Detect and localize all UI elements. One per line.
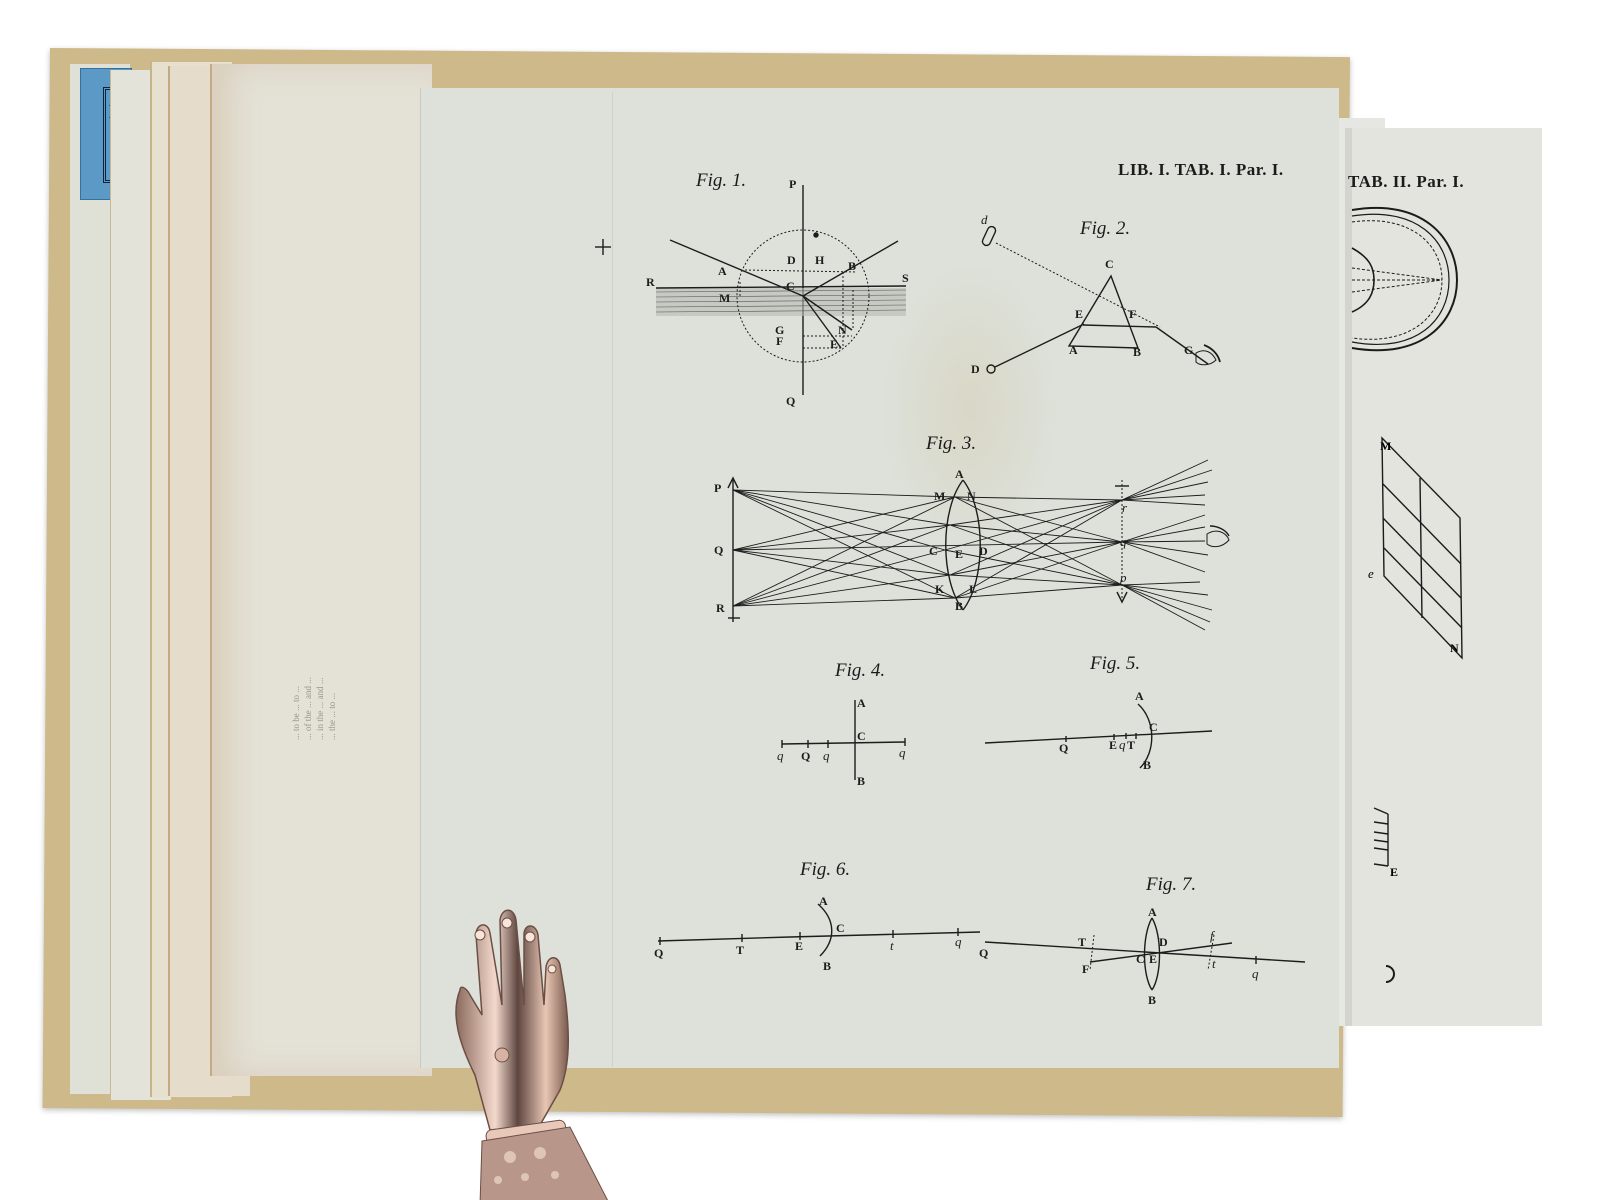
svg-text:N: N — [838, 323, 847, 337]
svg-text:C: C — [1136, 952, 1145, 966]
svg-text:T: T — [1078, 935, 1086, 949]
svg-text:r: r — [1122, 500, 1128, 515]
svg-text:Q: Q — [654, 946, 663, 960]
svg-text:A: A — [1069, 343, 1078, 357]
svg-text:C: C — [1149, 720, 1158, 734]
svg-text:q: q — [777, 748, 784, 763]
svg-text:M: M — [719, 291, 730, 305]
svg-text:q: q — [823, 748, 830, 763]
svg-text:R: R — [716, 601, 725, 615]
svg-text:B: B — [848, 259, 856, 273]
svg-text:q: q — [1119, 737, 1126, 752]
svg-text:S: S — [902, 271, 909, 285]
svg-text:M: M — [934, 489, 945, 503]
svg-text:q: q — [955, 934, 962, 949]
svg-text:E: E — [830, 337, 838, 351]
svg-text:Q: Q — [1059, 741, 1068, 755]
svg-text:C: C — [786, 279, 795, 293]
svg-text:E: E — [1075, 307, 1083, 321]
svg-text:F: F — [1082, 962, 1089, 976]
svg-text:D: D — [979, 544, 988, 558]
svg-text:F: F — [1129, 307, 1136, 321]
svg-text:L: L — [969, 582, 977, 596]
svg-text:T: T — [736, 943, 744, 957]
svg-text:t: t — [890, 938, 894, 953]
svg-text:G: G — [1184, 343, 1193, 357]
svg-text:Q: Q — [786, 394, 795, 408]
svg-text:A: A — [718, 264, 727, 278]
svg-text:A: A — [1135, 689, 1144, 703]
svg-text:p: p — [1119, 570, 1127, 585]
svg-text:B: B — [823, 959, 831, 973]
svg-text:E: E — [955, 547, 963, 561]
svg-text:E: E — [1149, 952, 1157, 966]
svg-text:t: t — [1212, 956, 1216, 971]
svg-text:B: B — [1133, 345, 1141, 359]
svg-text:Q: Q — [979, 946, 988, 960]
svg-text:q: q — [1120, 534, 1127, 549]
svg-text:C: C — [857, 729, 866, 743]
svg-text:D: D — [787, 253, 796, 267]
svg-text:f: f — [1210, 928, 1216, 943]
svg-text:F: F — [776, 334, 783, 348]
svg-text:B: B — [955, 599, 963, 613]
svg-text:q: q — [1252, 966, 1259, 981]
svg-text:C: C — [1105, 257, 1114, 271]
svg-text:Q: Q — [714, 543, 723, 557]
svg-text:B: B — [857, 774, 865, 788]
svg-text:C: C — [929, 544, 938, 558]
svg-text:R: R — [646, 275, 655, 289]
svg-text:D: D — [1159, 935, 1168, 949]
svg-text:H: H — [815, 253, 825, 267]
svg-text:T: T — [1127, 738, 1135, 752]
svg-text:E: E — [1109, 738, 1117, 752]
svg-text:C: C — [836, 921, 845, 935]
svg-text:d: d — [981, 212, 988, 227]
svg-text:A: A — [819, 894, 828, 908]
svg-text:K: K — [935, 582, 945, 596]
svg-text:D: D — [971, 362, 980, 376]
metal-hand-icon — [420, 895, 640, 1200]
svg-text:P: P — [789, 177, 796, 191]
svg-text:P: P — [714, 481, 721, 495]
svg-text:B: B — [1148, 993, 1156, 1007]
svg-text:B: B — [1143, 758, 1151, 772]
hand-book-weight — [420, 895, 640, 1200]
svg-text:N: N — [967, 489, 976, 503]
svg-text:Q: Q — [801, 749, 810, 763]
svg-text:E: E — [795, 939, 803, 953]
svg-text:A: A — [955, 467, 964, 481]
svg-text:q: q — [899, 745, 906, 760]
svg-text:A: A — [1148, 905, 1157, 919]
optics-figures: PQ RS AB DH CM GF NE CE FA BD G PQR AMN … — [0, 0, 1600, 1200]
svg-text:A: A — [857, 696, 866, 710]
